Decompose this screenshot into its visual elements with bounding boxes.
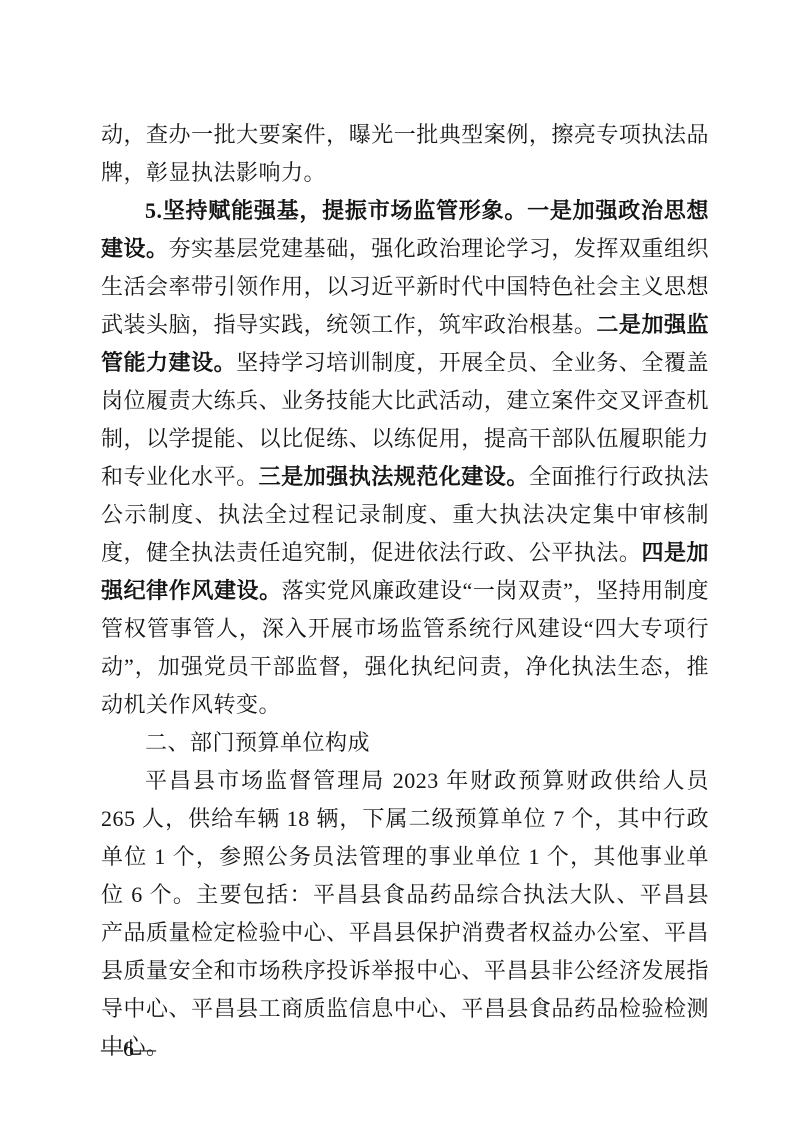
paragraph-continuation: 动，查办一批大要案件，曝光一批典型案例，擦亮专项执法品牌，彰显执法影响力。	[101, 116, 709, 192]
text-run-bold: 三是加强执法规范化建设。	[259, 464, 529, 489]
paragraph-budget-units: 平昌县市场监督管理局 2023 年财政预算财政供给人员 265 人，供给车辆 1…	[101, 762, 709, 1066]
text-run: 二、部门预算单位构成	[145, 730, 370, 755]
document-body: 动，查办一批大要案件，曝光一批典型案例，擦亮专项执法品牌，彰显执法影响力。 5.…	[101, 116, 709, 1066]
document-page: 动，查办一批大要案件，曝光一批典型案例，擦亮专项执法品牌，彰显执法影响力。 5.…	[0, 0, 793, 1122]
page-number: —6—	[101, 1034, 156, 1064]
text-run: 平昌县市场监督管理局 2023 年财政预算财政供给人员 265 人，供给车辆 1…	[101, 768, 709, 1059]
paragraph-section-2-heading: 二、部门预算单位构成	[101, 724, 709, 762]
text-run: 动，查办一批大要案件，曝光一批典型案例，擦亮专项执法品牌，彰显执法影响力。	[101, 122, 709, 185]
paragraph-item-5: 5.坚持赋能强基，提振市场监管形象。一是加强政治思想建设。夯实基层党建基础，强化…	[101, 192, 709, 724]
